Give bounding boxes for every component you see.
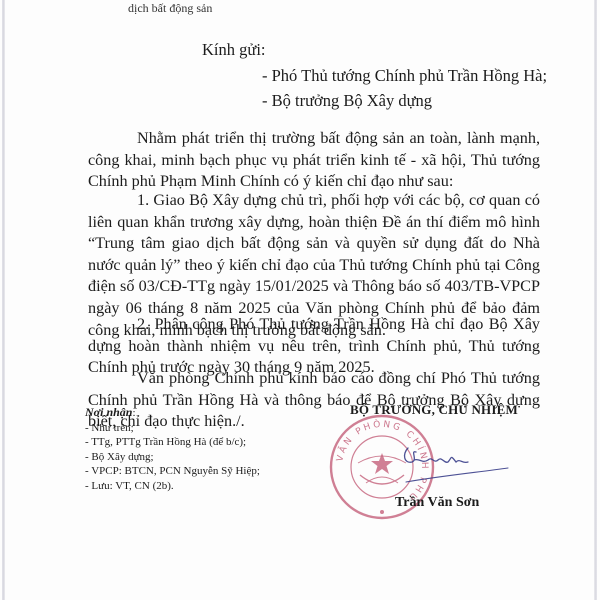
paragraph-intro: Nhằm phát triển thị trường bất động sản …	[88, 128, 540, 193]
distribution-item: - Bộ Xây dựng;	[85, 450, 260, 465]
distribution-heading: Nơi nhận:	[85, 405, 260, 421]
recipient-1: - Phó Thủ tướng Chính phủ Trần Hồng Hà;	[262, 66, 547, 86]
distribution-item: - TTg, PTTg Trần Hồng Hà (để b/c);	[85, 435, 260, 450]
recipient-2: - Bộ trưởng Bộ Xây dựng	[262, 91, 432, 111]
signer-name: Trần Văn Sơn	[395, 495, 479, 511]
distribution-item: - Lưu: VT, CN (2b).	[85, 479, 260, 494]
document-subject: dịch bất động sản	[128, 0, 212, 16]
signature-icon	[400, 440, 510, 490]
signer-title: BỘ TRƯỞNG, CHỦ NHIỆM	[350, 402, 518, 418]
distribution-list: Nơi nhận: - Như trên; - TTg, PTTg Trần H…	[85, 405, 260, 494]
intro-text: Nhằm phát triển thị trường bất động sản …	[88, 128, 540, 193]
distribution-item: - VPCP: BTCN, PCN Nguyễn Sỹ Hiệp;	[85, 464, 260, 479]
page-edge-left	[2, 0, 5, 600]
distribution-item: - Như trên;	[85, 421, 260, 436]
greeting: Kính gửi:	[202, 40, 266, 60]
page-edge-right	[594, 0, 597, 600]
